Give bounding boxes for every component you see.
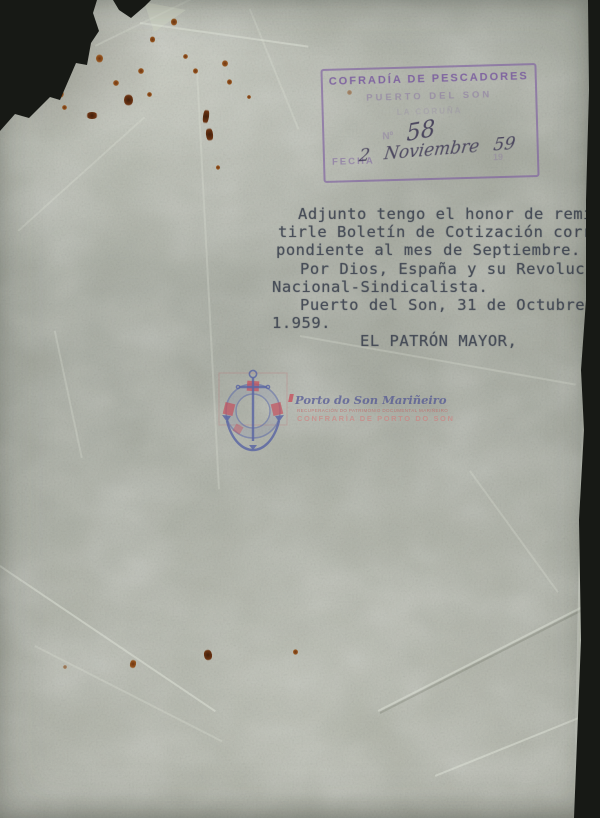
logo-caps-text: CONFRARÍA DE PORTO DO SON <box>297 414 455 423</box>
stamp-number-label: Nº <box>382 131 393 142</box>
scanned-document: COFRADÍA DE PESCADORES PUERTO DEL SON LA… <box>0 0 600 818</box>
logo-script-text: Porto do Son Mariñeiro <box>295 393 447 407</box>
stain <box>42 72 48 78</box>
typed-line: Nacional-Sindicalista. <box>272 278 600 296</box>
typed-letter: Adjunto tengo el honor de remitirle Bole… <box>272 205 600 351</box>
typed-line: EL PATRÓN MAYOR, <box>272 332 600 350</box>
typed-line: 1.959. <box>272 314 600 332</box>
typed-line: tirle Boletín de Cotización corres <box>272 223 600 241</box>
watermark-logo: Porto do Son Mariñeiro RECUPERACIÓN DO P… <box>213 363 433 458</box>
stain <box>80 22 87 29</box>
typed-line: Puerto del Son, 31 de Octubre <box>272 296 600 314</box>
logo-micro-text: RECUPERACIÓN DO PATRIMONIO DOCUMENTAL MA… <box>297 408 448 413</box>
registry-stamp: COFRADÍA DE PESCADORES PUERTO DEL SON LA… <box>320 63 539 183</box>
typed-line: pondiente al mes de Septiembre. <box>272 241 600 259</box>
anchor-lifebuoy-icon <box>213 365 293 455</box>
stamp-port-name: PUERTO DEL SON <box>323 88 535 105</box>
typed-line: Por Dios, España y su Revolución <box>272 260 600 278</box>
paper-sheet: COFRADÍA DE PESCADORES PUERTO DEL SON LA… <box>0 0 600 818</box>
typed-line: Adjunto tengo el honor de remi <box>272 205 600 223</box>
stamp-org-name: COFRADÍA DE PESCADORES <box>323 70 535 88</box>
